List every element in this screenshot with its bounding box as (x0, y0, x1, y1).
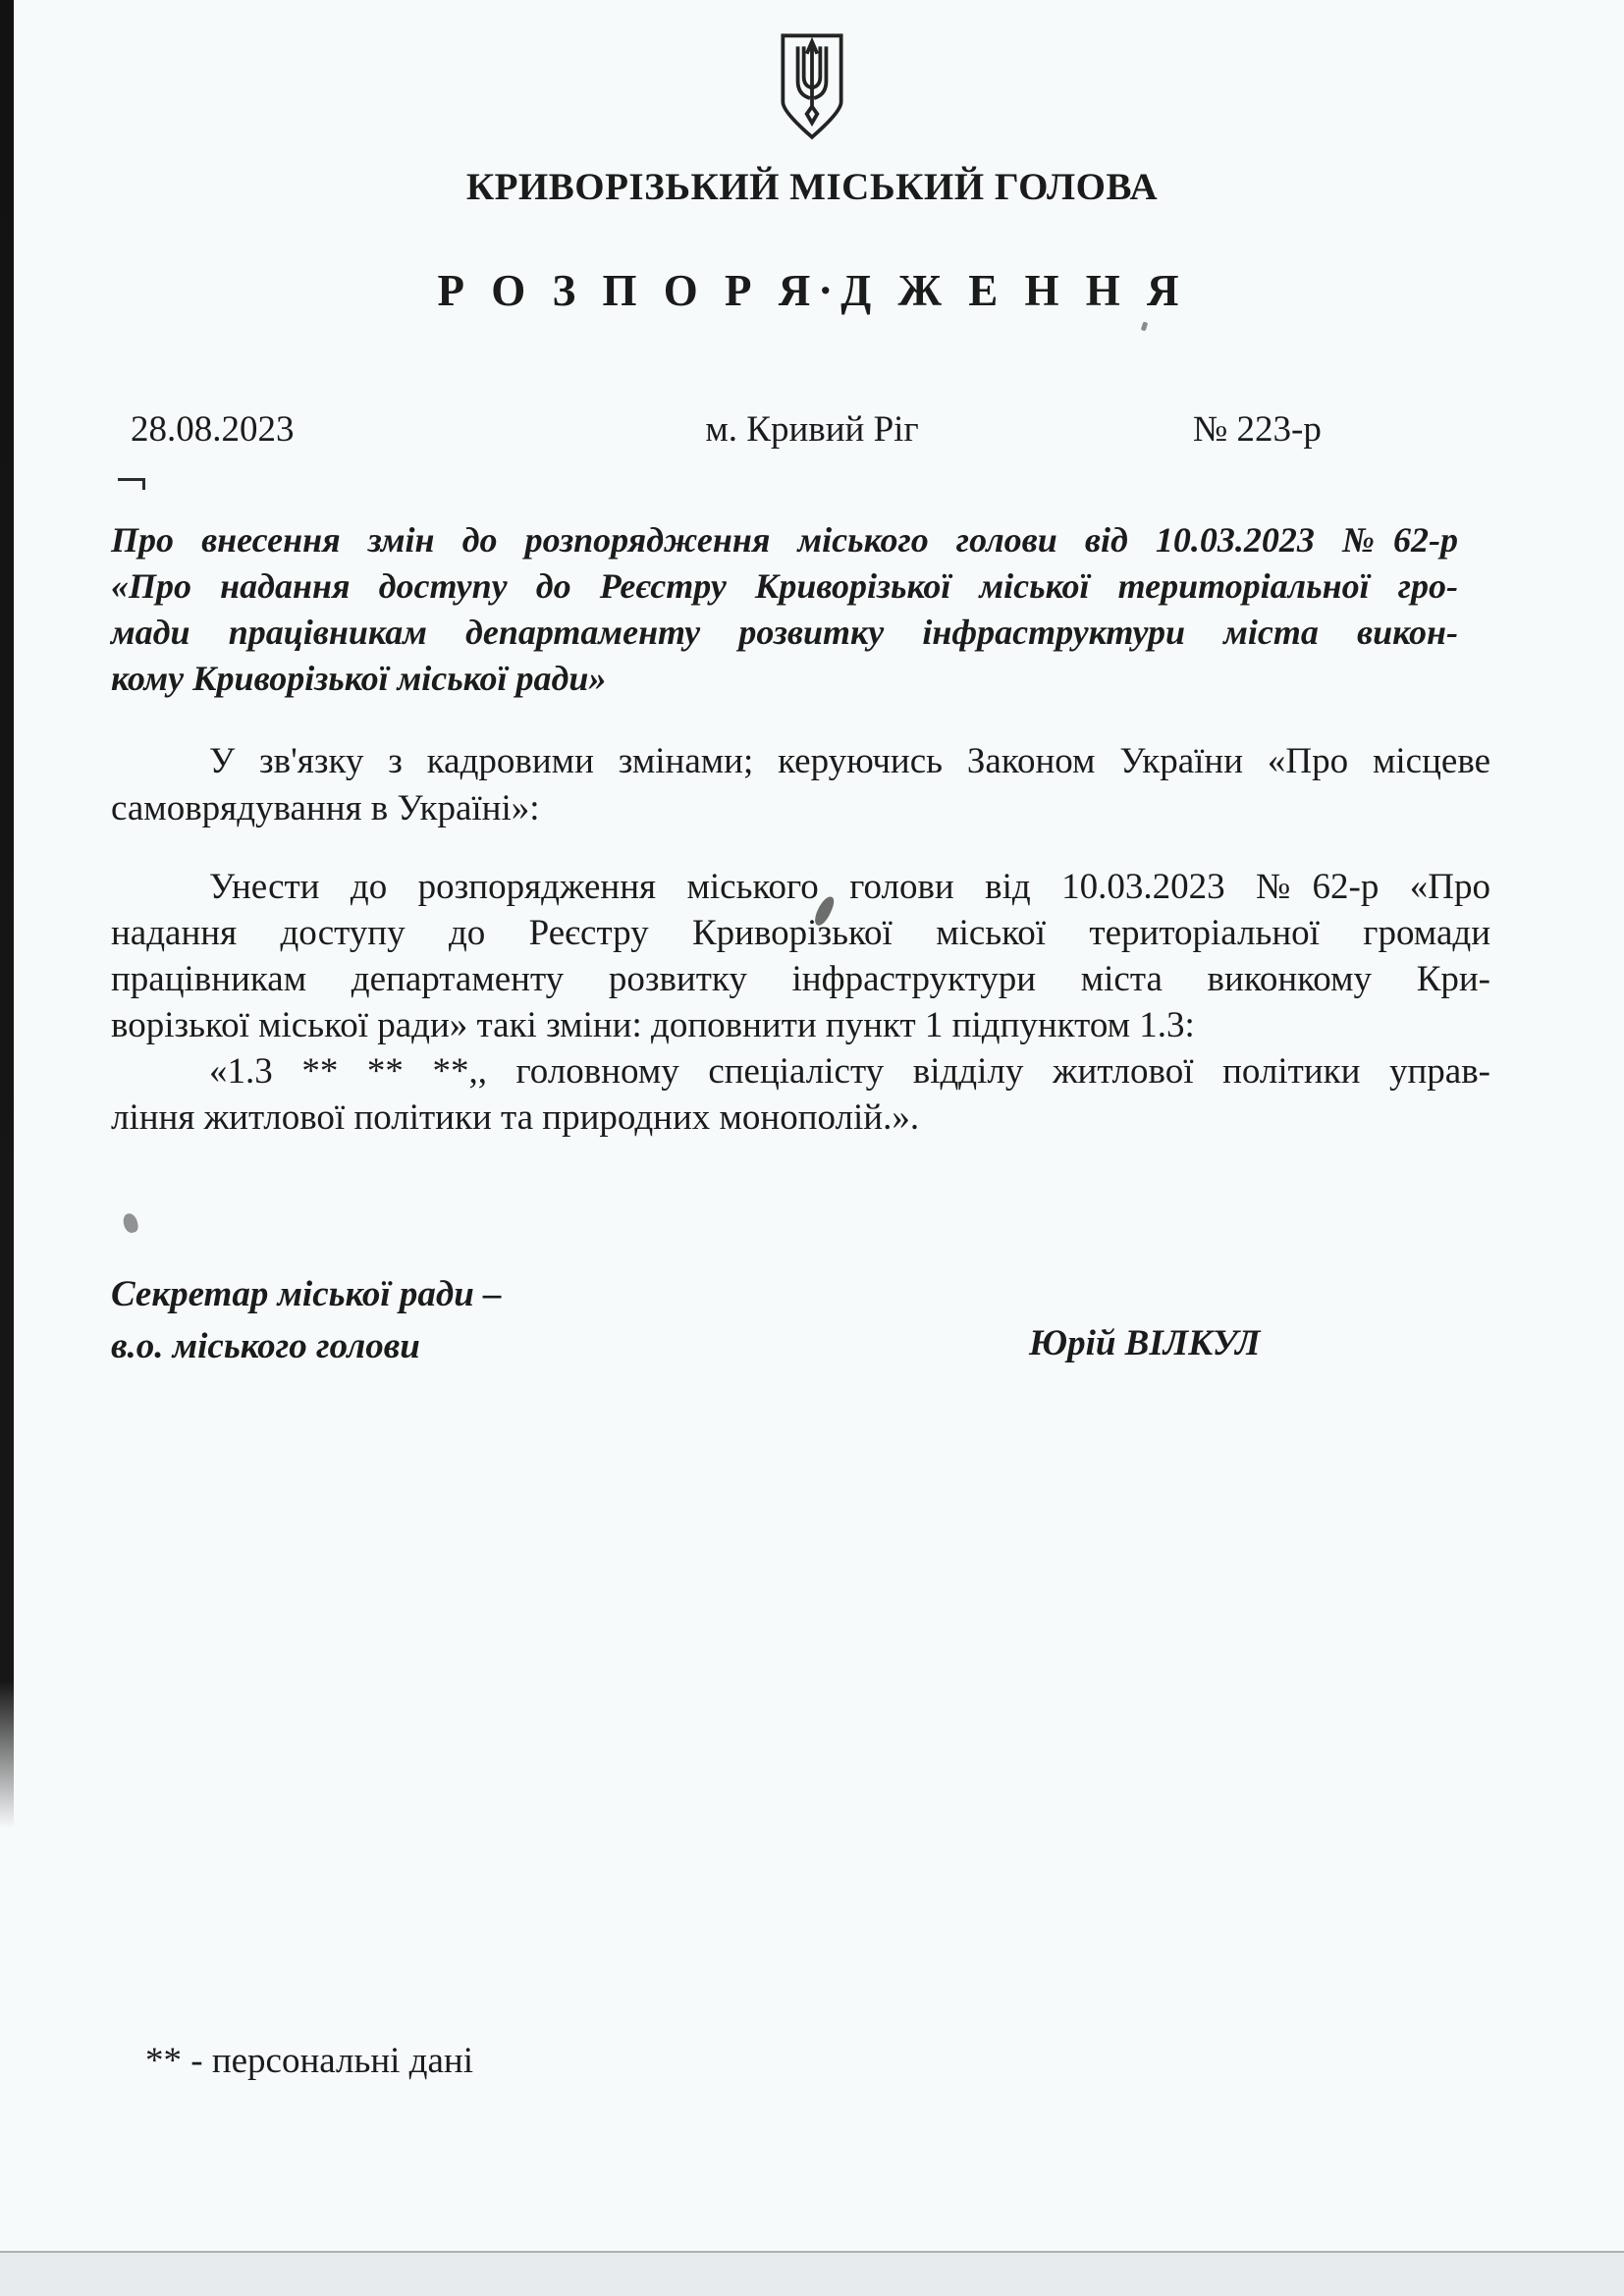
ink-smudge (122, 1212, 139, 1234)
amendment-line: ління житлової політики та природних мон… (111, 1095, 1490, 1141)
body-line: надання доступу до Реєстру Криворізької … (111, 910, 1490, 956)
personal-data-footnote: ** - персональні дані (145, 2040, 473, 2082)
body-line: працівникам департаменту розвитку інфрас… (111, 956, 1490, 1002)
intro-paragraph: У зв'язку з кадровими змінами; керуючись… (111, 738, 1490, 832)
organization-name: КРИВОРІЗЬКИЙ МІСЬКИЙ ГОЛОВА (0, 165, 1624, 209)
amendment-line: «1.3 ** ** **,, головному спеціалісту ві… (111, 1048, 1490, 1095)
document-number: № 223-р (1193, 408, 1322, 451)
signatory-position-line: в.о. міського голови (111, 1320, 798, 1372)
document-place: м. Кривий Ріг (0, 408, 1624, 451)
scan-edge-band (0, 2253, 1624, 2296)
title-line: кому Криворізької міської ради» (111, 656, 1458, 702)
scanned-order-document: КРИВОРІЗЬКИЙ МІСЬКИЙ ГОЛОВА Р О З П О Р … (0, 0, 1624, 2296)
signatory-position-line: Секретар міської ради – (111, 1268, 798, 1320)
body-line: ворізької міської ради» такі зміни: допо… (111, 1002, 1490, 1048)
intro-line: самоврядування в Україні»: (111, 785, 1490, 832)
title-line: мади працівникам департаменту розвитку і… (111, 610, 1458, 656)
scan-speck (1141, 321, 1149, 331)
document-type-heading: Р О З П О Р Я·Д Ж Е Н Н Я (0, 265, 1624, 316)
main-paragraph: Унести до розпорядження міського голови … (111, 864, 1490, 1048)
body-line: Унести до розпорядження міського голови … (111, 864, 1490, 910)
intro-line: У зв'язку з кадровими змінами; керуючись… (111, 738, 1490, 785)
signatory-name: Юрій ВІЛКУЛ (1029, 1322, 1260, 1364)
amendment-paragraph: «1.3 ** ** **,, головному спеціалісту ві… (111, 1048, 1490, 1141)
signatory-position: Секретар міської ради – в.о. міського го… (111, 1268, 798, 1372)
ukraine-trident-emblem-icon (775, 18, 849, 155)
order-title: Про внесення змін до розпорядження міськ… (111, 517, 1458, 702)
title-line: Про внесення змін до розпорядження міськ… (111, 517, 1458, 563)
title-line: «Про надання доступу до Реєстру Криворіз… (111, 563, 1458, 610)
corner-bracket-mark (118, 478, 145, 490)
